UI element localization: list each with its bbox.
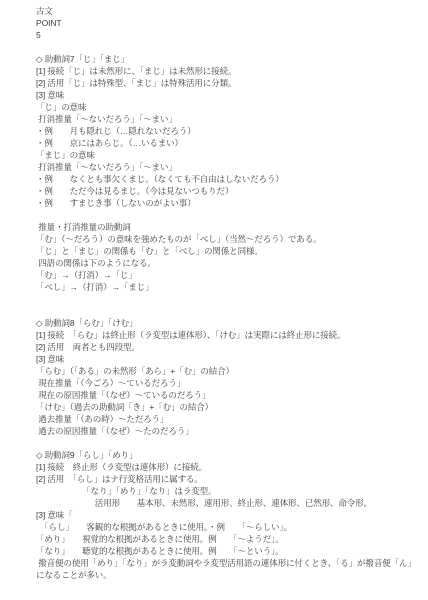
text-line: 撥音便の使用「めり」「なり」がラ変動詞やラ変型活用語の連体形に付くとき、「る」が…	[36, 557, 422, 581]
text-line: ・例 ただ今は見るまじ。（今は見ないつもりだ）	[36, 185, 422, 197]
text-line: [1] 接続「じ」は未然形に、「まじ」は未然形に接続。	[36, 65, 422, 77]
text-line: [2] 活用「じ」は特殊型、「まじ」は特殊活用に分類。	[36, 77, 422, 89]
blank-line	[36, 305, 422, 317]
text-line: ◇ 助動詞9「らし」「めり」	[36, 449, 422, 461]
text-line: 四語の関係は下のようになる。	[36, 257, 422, 269]
text-line: 打消推量「〜ないだろう」「〜まい」	[36, 113, 422, 125]
text-line: ・例 すまじき事（しないのがよい事）	[36, 197, 422, 209]
text-line: 現在の原因推量「（なぜ）〜ているのだろう」	[36, 389, 422, 401]
text-line: [1] 接続 「らむ」は終止形（ラ変型は連体形）、「けむ」は実際には終止形に接続…	[36, 329, 422, 341]
text-line: 「む」（〜だろう）の意味を強めたものが「べし」（当然〜だろう）である。	[36, 233, 422, 245]
text-line: [3] 意味	[36, 353, 422, 365]
text-line: [2] 活用 両者とも四段型。	[36, 341, 422, 353]
text-line: 打消推量「〜ないだろう」「〜まい」	[36, 161, 422, 173]
text-line: 活用形 基本形、未然形、連用形、終止形、連体形、已然形、命令形。	[36, 497, 422, 509]
text-line: 「めり」 視覚的な根拠があるときに使用。例 「〜ようだ」。	[36, 533, 422, 545]
text-line: ・例 京にはあらじ。（…いるまい）	[36, 137, 422, 149]
text-line: 「なり」 聴覚的な根拠があるときに使用。例 「〜という」。	[36, 545, 422, 557]
text-line: 5	[36, 29, 422, 41]
blank-line	[36, 209, 422, 221]
text-line: 「べし」→（打消）→「まじ」	[36, 281, 422, 293]
text-line: 推量・打消推量の助動詞	[36, 221, 422, 233]
text-document: 古文POINT5◇ 助動詞7「じ」「まじ」[1] 接続「じ」は未然形に、「まじ」…	[0, 0, 428, 600]
text-line: POINT	[36, 17, 422, 29]
text-line: 現在推量「（今ごろ）〜ているだろう」	[36, 377, 422, 389]
blank-line	[36, 437, 422, 449]
blank-line	[36, 293, 422, 305]
text-line: 「らむ」（「ある」の未然形「あら」+「む」の結合）	[36, 365, 422, 377]
text-line: [3] 意味	[36, 89, 422, 101]
text-line: ・例 月も隠れじ（…隠れないだろう）	[36, 125, 422, 137]
text-line: ◇ 助動詞8「らむ」「けむ」	[36, 317, 422, 329]
text-line: 古文	[36, 5, 422, 17]
text-line: [2] 活用 「らし」はナ行変格活用に属する。	[36, 473, 422, 485]
text-line: 「なり」「めり」「なり」はラ変型。	[36, 485, 422, 497]
text-line: 「じ」と「まじ」の関係も「む」と「べし」の関係と同様。	[36, 245, 422, 257]
text-line: [3] 意味「	[36, 509, 422, 521]
text-line: 「らし」 客観的な根拠があるときに使用。・例 「〜らしい」。	[36, 521, 422, 533]
text-line: 過去の原因推量「（なぜ）〜たのだろう」	[36, 425, 422, 437]
text-line: ・例 なくとも事欠くまじ。（なくても不自由はしないだろう）	[36, 173, 422, 185]
text-line: 「けむ」（過去の助動詞「き」+「む」の結合）	[36, 401, 422, 413]
text-line: 過去推量「（あの時）〜ただろう」	[36, 413, 422, 425]
text-line: ◇ 助動詞7「じ」「まじ」	[36, 53, 422, 65]
text-line: 「まじ」の意味	[36, 149, 422, 161]
blank-line	[36, 41, 422, 53]
text-line: 「じ」の意味	[36, 101, 422, 113]
text-line: [1] 接続 終止形（ラ変型は連体形）に接続。	[36, 461, 422, 473]
text-line: 「む」→（打消）→「じ」	[36, 269, 422, 281]
